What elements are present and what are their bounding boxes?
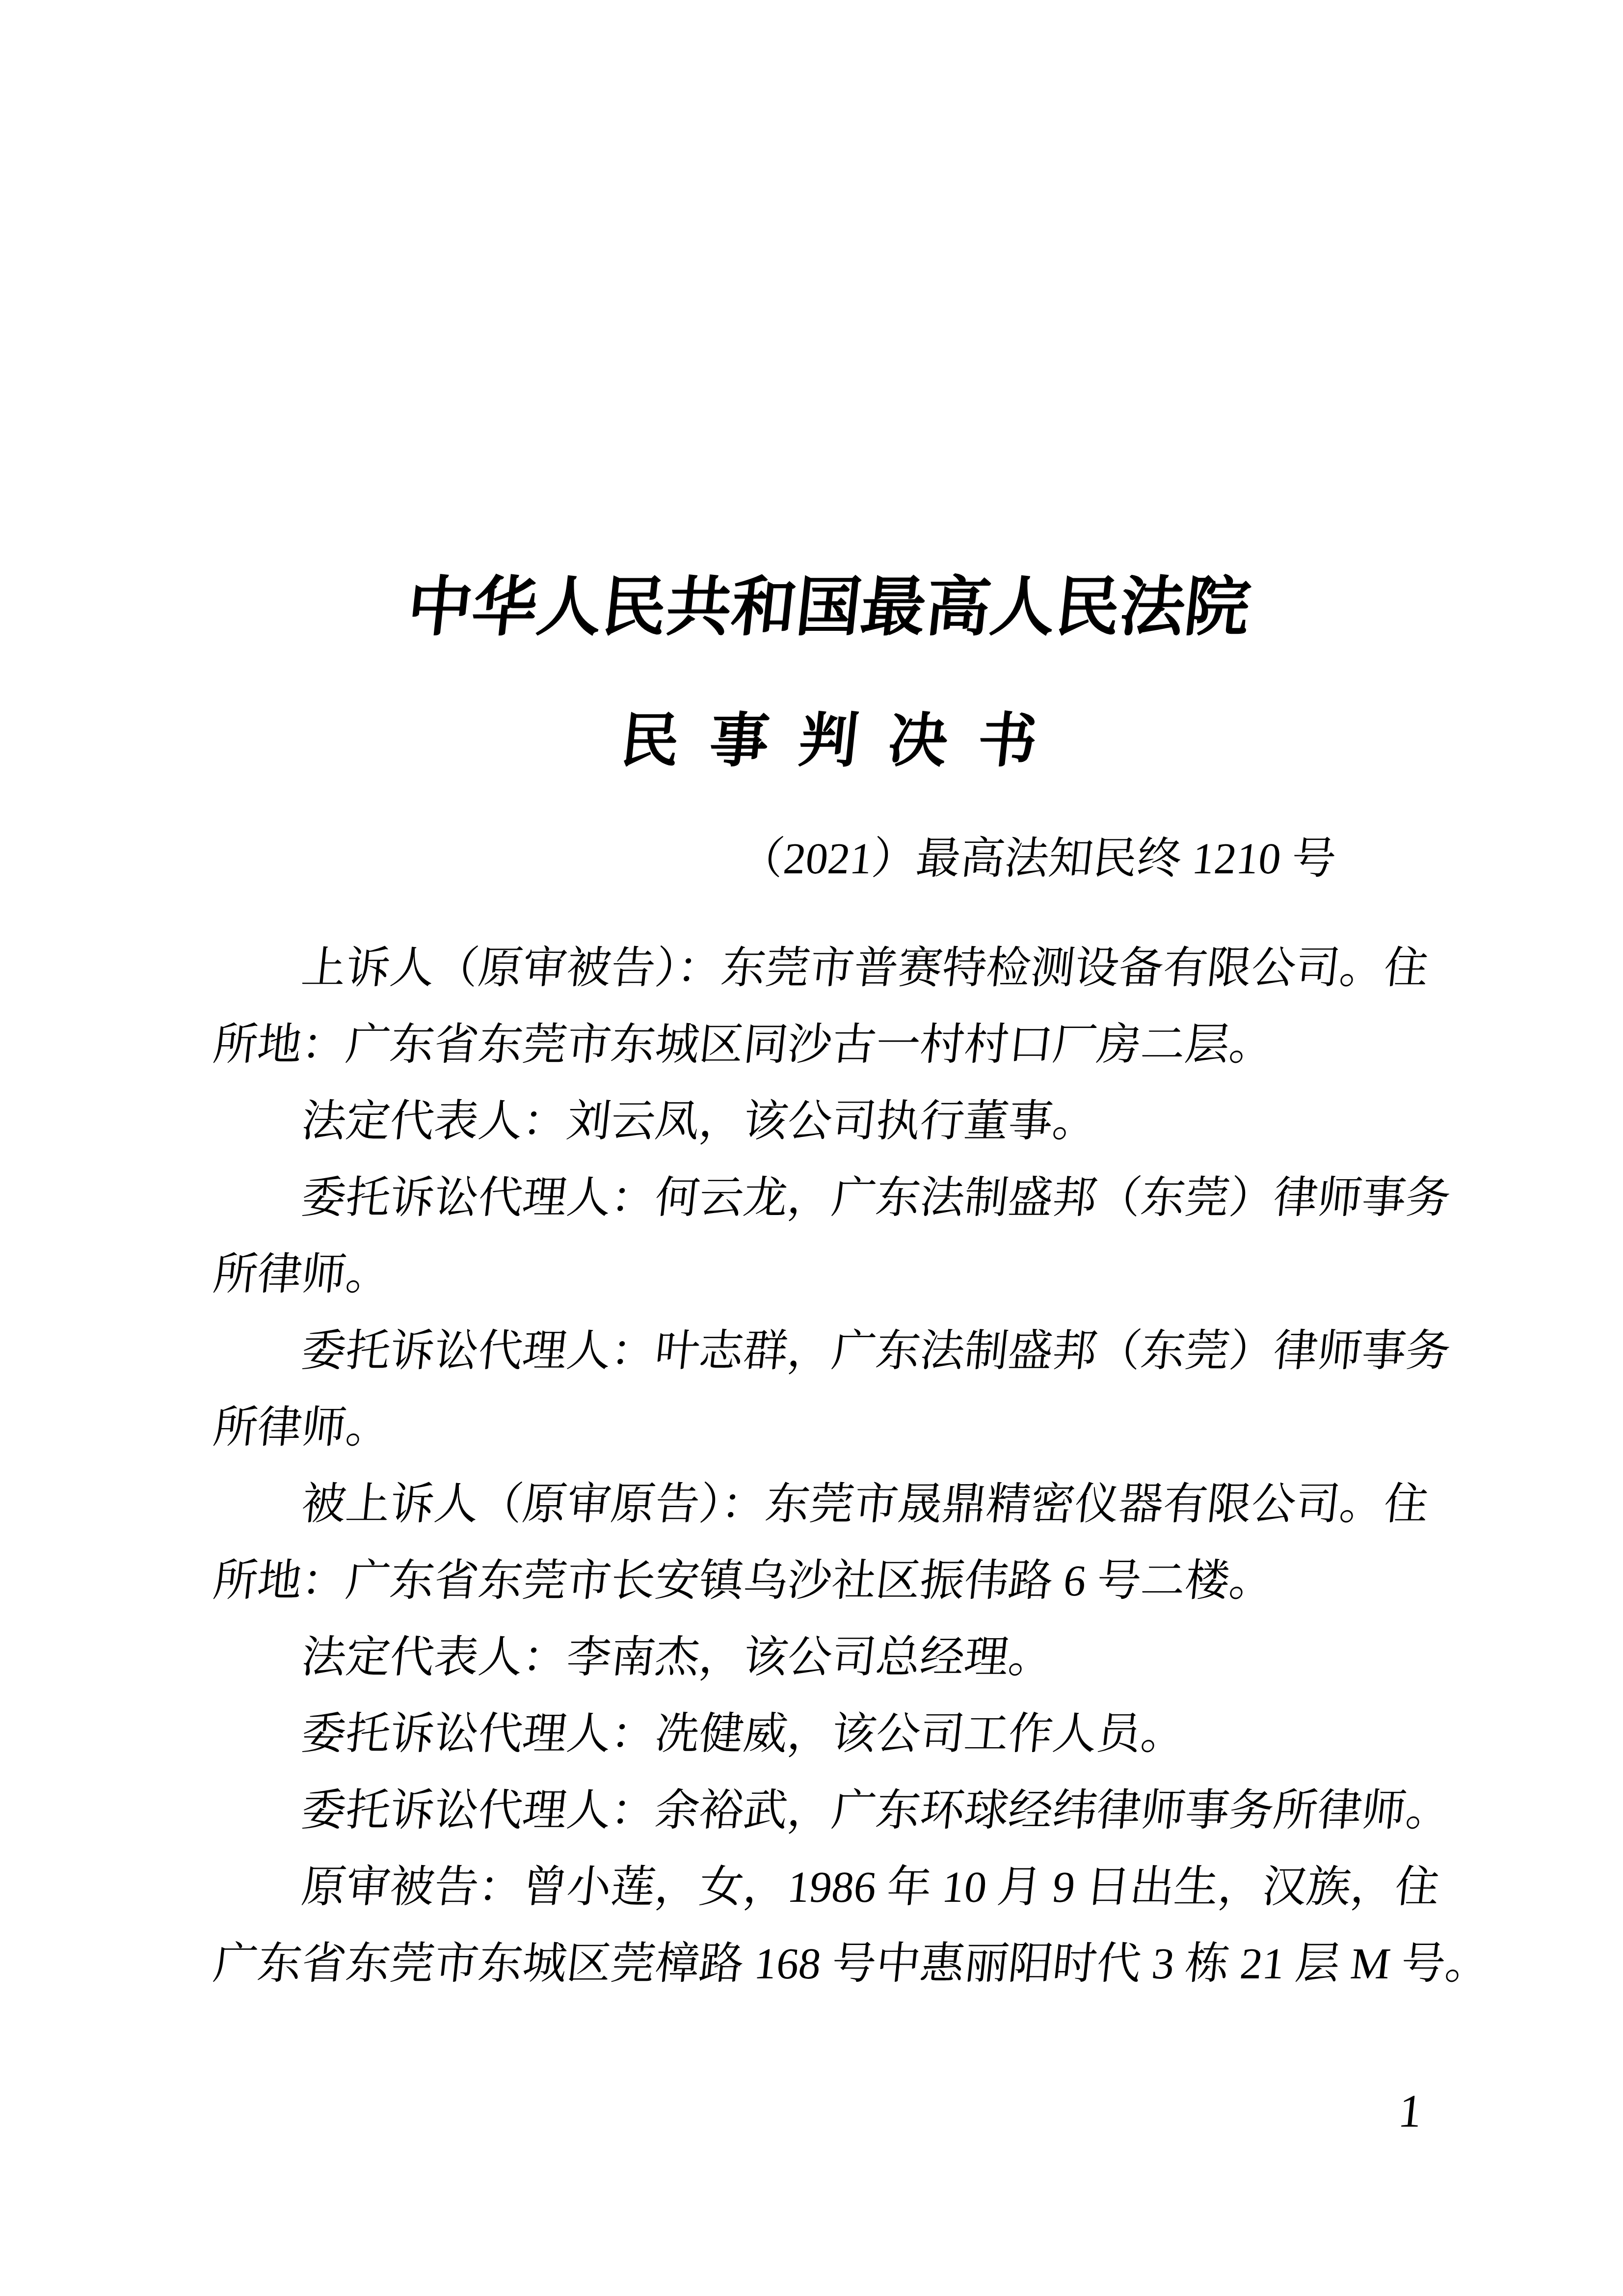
page-number: 1 [1396, 2084, 1425, 2138]
document-content: 中华人民共和国最高人民法院 民 事 判 决 书 （2021）最高法知民终 121… [0, 562, 1623, 2002]
body-line: 法定代表人：刘云凤，该公司执行董事。 [210, 1083, 1448, 1160]
document-body: 上诉人（原审被告）：东莞市普赛特检测设备有限公司。住所地：广东省东莞市东城区同沙… [213, 930, 1444, 2002]
body-line: 所地：广东省东莞市长安镇乌沙社区振伟路 6 号二楼。 [210, 1543, 1448, 1620]
body-line: 广东省东莞市东城区莞樟路 168 号中惠丽阳时代 3 栋 21 层 M 号。 [210, 1926, 1448, 2002]
body-line: 所律师。 [210, 1390, 1448, 1466]
case-number: （2021）最高法知民终 1210 号 [210, 827, 1447, 891]
body-line: 委托诉讼代理人：冼健威，该公司工作人员。 [210, 1696, 1448, 1773]
court-name-title: 中华人民共和国最高人民法院 [209, 562, 1448, 653]
body-line: 委托诉讼代理人：叶志群，广东法制盛邦（东莞）律师事务 [210, 1313, 1448, 1390]
body-line: 法定代表人：李南杰，该公司总经理。 [210, 1620, 1448, 1696]
body-line: 所律师。 [210, 1237, 1448, 1313]
body-line: 委托诉讼代理人：何云龙，广东法制盛邦（东莞）律师事务 [210, 1160, 1448, 1237]
body-line: 上诉人（原审被告）：东莞市普赛特检测设备有限公司。住 [210, 930, 1448, 1007]
document-type-title: 民 事 判 决 书 [209, 700, 1448, 783]
judgment-page: 中华人民共和国最高人民法院 民 事 判 决 书 （2021）最高法知民终 121… [0, 0, 1623, 2296]
body-line: 委托诉讼代理人：余裕武，广东环球经纬律师事务所律师。 [210, 1773, 1448, 1849]
body-line: 被上诉人（原审原告）：东莞市晟鼎精密仪器有限公司。住 [210, 1466, 1448, 1543]
body-line: 原审被告：曾小莲，女，1986 年 10 月 9 日出生，汉族，住 [210, 1849, 1448, 1926]
body-line: 所地：广东省东莞市东城区同沙古一村村口厂房二层。 [210, 1007, 1448, 1083]
